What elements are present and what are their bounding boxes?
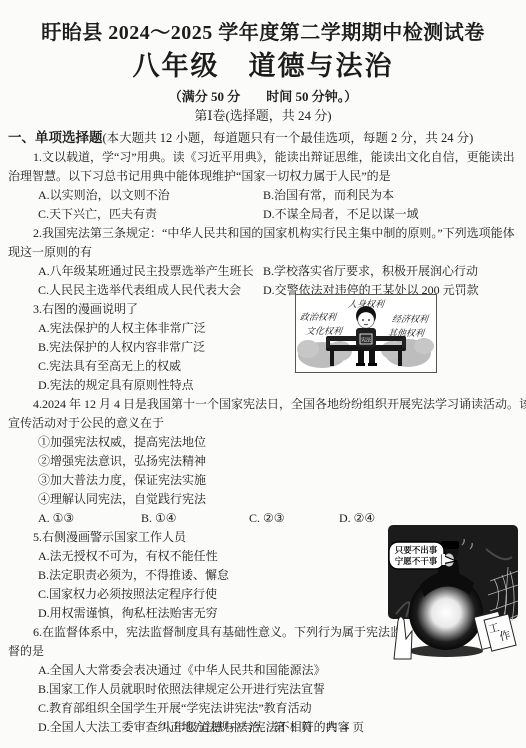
rights-label-political: 政治权利 [299, 310, 336, 323]
q1-option-d: D.不谋全局者，不足以谋一域 [263, 205, 419, 224]
question-4: 4.2024 年 12 月 4 日是我国第十一个国家宪法日，全国各地纷纷组织开展… [8, 395, 518, 528]
speech-line-1: 只要不出事 [395, 545, 438, 555]
q1-option-a: A.以实则治，以文则不治 [38, 186, 263, 205]
q2-number: 2. [33, 226, 42, 240]
q2-stem-line-1: 2.我国宪法第三条规定：“中华人民共和国的国家机构实行民主集中制的原则。”下列选… [8, 224, 518, 243]
official-on-ball-illustration: 只要不出事 宁愿不干事 工 作 [386, 519, 520, 661]
q6-option-a: A.全国人大常委会表决通过《中华人民共和国能源法》 [8, 661, 518, 680]
rights-label-cultural: 文化权利 [305, 324, 342, 337]
q6-option-c: C.教育部组织全国学生开展“学宪法讲宪法”教育活动 [8, 699, 518, 718]
q4-statement-4: ④理解认同宪法，自觉践行宪法 [8, 490, 518, 509]
q5-number: 5. [33, 530, 42, 544]
q1-number: 1. [33, 150, 42, 164]
speech-line-2: 宁愿不干事 [395, 556, 438, 566]
q4-stem-line-1: 4.2024 年 12 月 4 日是我国第十一个国家宪法日，全国各地纷纷组织开展… [8, 395, 518, 414]
q3-option-d: D.宪法的规定具有原则性特点 [8, 376, 518, 395]
q4-stem-text: 2024 年 12 月 4 日是我国第十一个国家宪法日，全国各地纷纷组织开展宪法… [42, 397, 526, 411]
q5-stem-text: 右侧漫画警示国家工作人员 [42, 530, 186, 544]
q3-number: 3. [33, 302, 42, 316]
official-inaction-cartoon: 只要不出事 宁愿不干事 工 作 [386, 519, 520, 661]
q6-option-b: B.国家工作人员就职时依照法律规定公开进行宪法宣誓 [8, 680, 518, 699]
q3-option-a: A.宪法保护的人权主体非常广泛 [8, 319, 518, 338]
volume-heading: 第Ⅰ卷(选择题，共 24 分) [8, 106, 518, 125]
rights-cartoon: 人身权利 政治权利 经济权利 文化权利 其他权利 宪法 [295, 294, 437, 373]
q3-stem-text: 右图的漫画说明了 [42, 302, 138, 316]
q4-option-a: A. ①③ [38, 509, 141, 528]
question-3: 3.右图的漫画说明了 A.宪法保护的人权主体非常广泛 B.宪法保护的人权内容非常… [8, 300, 518, 395]
rights-label-other: 其他权利 [387, 326, 424, 339]
exam-subject: 八年级 道德与法治 [8, 48, 518, 84]
constitution-book-label: 宪法 [361, 337, 372, 344]
q1-stem-line-2: 治理智慧。以下习总书记用典中能体现维护“国家一切权力属于人民”的是 [8, 167, 518, 186]
q2-option-a: A.八年级某班通过民主投票选举产生班长 [38, 262, 263, 281]
q4-option-c: C. ②③ [249, 509, 339, 528]
q4-statement-3: ③加大普法力度，保证宪法实施 [8, 471, 518, 490]
q6-stem-text: 在监督体系中，宪法监督制度具有基础性意义。下列行为属于宪法监 [42, 625, 402, 639]
q1-options-row-2: C.天下兴亡，匹夫有责 D.不谋全局者，不足以谋一域 [8, 205, 518, 224]
q4-statement-2: ②增强宪法意识，弘扬宪法精神 [8, 452, 518, 471]
q4-stem-line-2: 宣传活动对于公民的意义在于 [8, 414, 518, 433]
q4-option-b: B. ①④ [141, 509, 249, 528]
question-2: 2.我国宪法第三条规定：“中华人民共和国的国家机构实行民主集中制的原则。”下列选… [8, 224, 518, 300]
exam-score-time: （满分 50 分 时间 50 分钟。） [8, 87, 518, 106]
q2-stem-line-2: 现这一原则的有 [8, 243, 518, 262]
rights-label-economic: 经济权利 [391, 312, 428, 325]
section-heading-line: 一、单项选择题(本大题共 12 小题，每道题只有一个最佳选项，每题 2 分，共 … [8, 128, 518, 148]
q1-option-b: B.治国有常，而利民为本 [263, 186, 394, 205]
pointing-hand-icon [394, 617, 412, 659]
rights-label-person: 人身权利 [347, 297, 384, 310]
q4-statement-1: ①加强宪法权威，提高宪法地位 [8, 433, 518, 452]
q2-option-b: B.学校落实省厅要求，积极开展润心行动 [263, 262, 478, 281]
q1-option-c: C.天下兴亡，匹夫有责 [38, 205, 263, 224]
section-note: (本大题共 12 小题，每道题只有一个最佳选项，每题 2 分，共 24 分) [103, 131, 474, 145]
q4-number: 4. [33, 397, 42, 411]
question-1: 1.文以载道，学“习”用典。读《习近平用典》，能读出辩证思维，能读出文化自信，更… [8, 148, 518, 224]
section-heading: 一、单项选择题 [8, 130, 103, 145]
page-footer: 八年级道德与法治 第 1 页 共 4 页 [0, 719, 526, 735]
exam-title: 盱眙县 2024～2025 学年度第二学期期中检测试卷 [8, 20, 518, 46]
q4-option-d: D. ②④ [339, 509, 375, 528]
q2-options-row-1: A.八年级某班通过民主投票选举产生班长 B.学校落实省厅要求，积极开展润心行动 [8, 262, 518, 281]
q3-stem-line-1: 3.右图的漫画说明了 [8, 300, 518, 319]
q1-stem-line-1: 1.文以载道，学“习”用典。读《习近平用典》，能读出辩证思维，能读出文化自信，更… [8, 148, 518, 167]
q1-options-row-1: A.以实则治，以文则不治 B.治国有常，而利民为本 [8, 186, 518, 205]
q3-option-c: C.宪法具有至高无上的权威 [8, 357, 518, 376]
q6-number: 6. [33, 625, 42, 639]
q2-options-row-2: C.人民民主选举代表组成人民代表大会 D.交警依法对违停的王某处以 200 元罚… [8, 281, 518, 300]
q3-option-b: B.宪法保护的人权内容非常广泛 [8, 338, 518, 357]
q1-stem-text: 文以载道，学“习”用典。读《习近平用典》，能读出辩证思维，能读出文化自信，更能读… [42, 150, 515, 164]
q2-stem-text: 我国宪法第三条规定：“中华人民共和国的国家机构实行民主集中制的原则。”下列选项能… [42, 226, 515, 240]
exam-page: 盱眙县 2024～2025 学年度第二学期期中检测试卷 八年级 道德与法治 （满… [0, 0, 526, 748]
q2-option-c: C.人民民主选举代表组成人民代表大会 [38, 281, 263, 300]
